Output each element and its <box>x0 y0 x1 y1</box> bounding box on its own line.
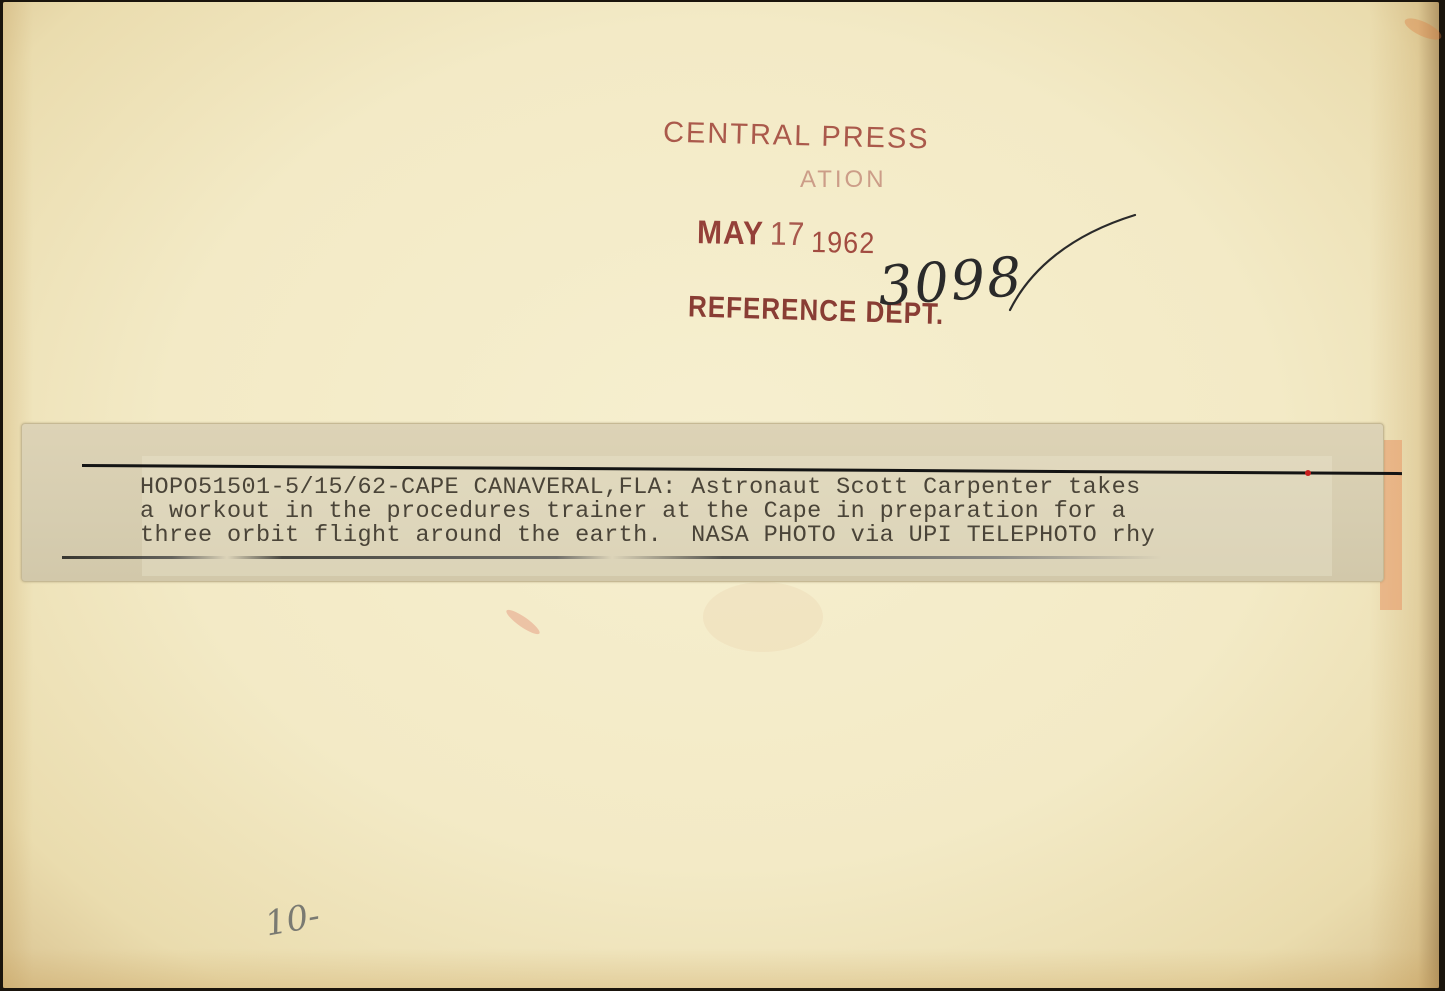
bottom-edge-shading <box>3 948 1439 988</box>
red-mark <box>504 606 543 637</box>
caption-strip: HOPO51501-5/15/62-CAPE CANAVERAL,FLA: As… <box>21 423 1384 582</box>
caption-line-2: a workout in the procedures trainer at t… <box>140 500 1155 524</box>
red-dot-mark <box>1305 470 1311 476</box>
pen-flourish-icon <box>990 210 1140 320</box>
caption-line-1: HOPO51501-5/15/62-CAPE CANAVERAL,FLA: As… <box>140 476 1155 500</box>
date-month: MAY <box>697 215 764 253</box>
date-day: 17 <box>770 216 806 253</box>
agency-stamp-line2: ATION <box>800 166 887 194</box>
date-stamp: MAY171962 <box>697 215 876 256</box>
faint-stain <box>703 582 823 652</box>
caption-line-3: three orbit flight around the earth. NAS… <box>140 524 1155 548</box>
caption-text: HOPO51501-5/15/62-CAPE CANAVERAL,FLA: As… <box>140 476 1155 548</box>
date-year: 1962 <box>811 226 876 260</box>
caption-bottom-rule <box>62 556 1162 559</box>
agency-stamp: CENTRAL PRESS <box>663 117 930 157</box>
